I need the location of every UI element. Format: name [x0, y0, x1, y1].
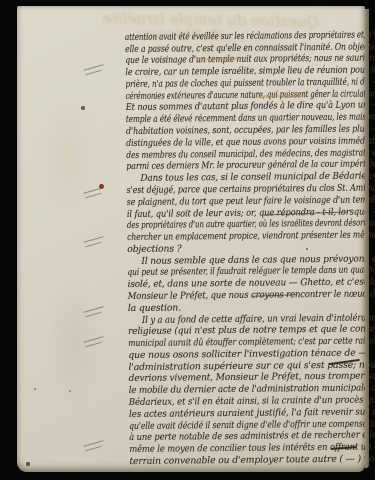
handwritten-text-block: attention avait été éveillée sur les réc… [17, 4, 370, 474]
pencil-margin-mark [83, 190, 105, 198]
scanned-page-background: Question du temple israélitede Bédarieux… [0, 0, 375, 480]
manuscript-paper: Question du temple israélitede Bédarieux… [17, 6, 365, 472]
pencil-margin-mark [83, 339, 105, 347]
manuscript-line: la question. [128, 302, 181, 314]
pencil-margin-mark [83, 67, 105, 75]
ink-speck [81, 106, 85, 110]
pencil-margin-mark [83, 443, 105, 451]
manuscript-line: chercher un emplacement propice, viendro… [127, 229, 375, 243]
next-page-edge-strip [365, 9, 369, 468]
manuscript-line: objections ? [127, 243, 181, 255]
pencil-margin-mark [83, 309, 105, 317]
pencil-margin-mark [83, 239, 105, 247]
ink-speck [99, 184, 104, 189]
ink-speck [26, 462, 29, 465]
manuscript-line: terrain convenable ou d'employer toute a… [129, 453, 375, 467]
